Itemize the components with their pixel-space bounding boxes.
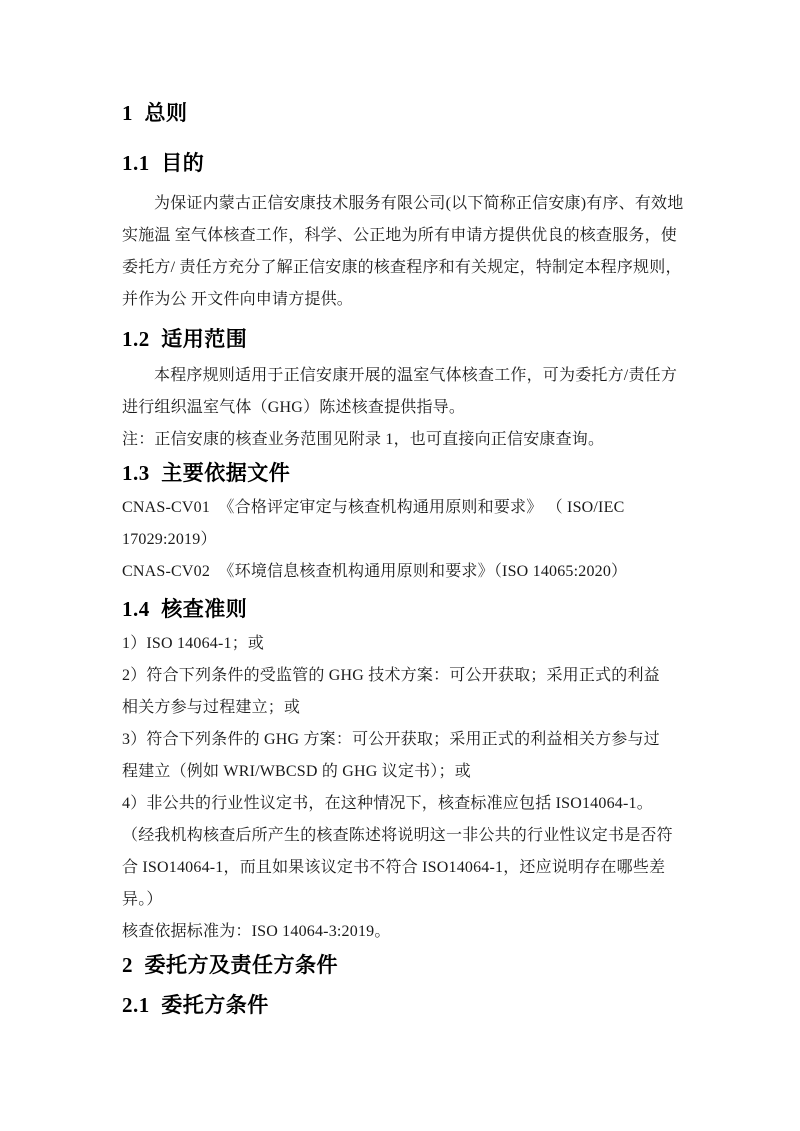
heading-section-2-1: 2.1 委托方条件 bbox=[122, 992, 692, 1018]
list-item-line: 程建立（例如 WRI/WBCSD 的 GHG 议定书）；或 bbox=[122, 756, 692, 788]
heading-section-1-3: 1.3 主要依据文件 bbox=[122, 460, 692, 486]
list-item-line: （经我机构核查后所产生的核查陈述将说明这一非公共的行业性议定书是否符 bbox=[122, 820, 692, 852]
note-line: 注：正信安康的核查业务范围见附录 1，也可直接向正信安康查询。 bbox=[122, 424, 692, 456]
text-line: 17029:2019） bbox=[122, 524, 692, 556]
text-line: 实施温 室气体核查工作，科学、公正地为所有申请方提供优良的核查服务，使 bbox=[122, 220, 692, 252]
document-page: 1 总则 1.1 目的 为保证内蒙古正信安康技术服务有限公司(以下简称正信安康)… bbox=[0, 0, 800, 1131]
paragraph-scope: 本程序规则适用于正信安康开展的温室气体核查工作，可为委托方/责任方 进行组织温室… bbox=[122, 360, 692, 456]
text-line: 进行组织温室气体（GHG）陈述核查提供指导。 bbox=[122, 392, 692, 424]
text-line: 本程序规则适用于正信安康开展的温室气体核查工作，可为委托方/责任方 bbox=[122, 360, 692, 392]
list-item-line: 1）ISO 14064-1；或 bbox=[122, 628, 692, 660]
heading-section-2: 2 委托方及责任方条件 bbox=[122, 952, 692, 978]
paragraph-reference-documents: CNAS-CV01 《合格评定审定与核查机构通用原则和要求》 （ ISO/IEC… bbox=[122, 492, 692, 588]
paragraph-purpose: 为保证内蒙古正信安康技术服务有限公司(以下简称正信安康)有序、有效地 实施温 室… bbox=[122, 188, 692, 316]
text-line: 委托方/ 责任方充分了解正信安康的核查程序和有关规定，特制定本程序规则， bbox=[122, 252, 692, 284]
heading-section-1-1: 1.1 目的 bbox=[122, 150, 692, 176]
heading-section-1-4: 1.4 核查准则 bbox=[122, 596, 692, 622]
heading-section-1: 1 总则 bbox=[122, 100, 692, 126]
heading-section-1-2: 1.2 适用范围 bbox=[122, 326, 692, 352]
list-item-line: 相关方参与过程建立；或 bbox=[122, 692, 692, 724]
paragraph-verification-criteria: 1）ISO 14064-1；或 2）符合下列条件的受监管的 GHG 技术方案：可… bbox=[122, 628, 692, 948]
list-item-line: 异。） bbox=[122, 884, 692, 916]
list-item-line: 2）符合下列条件的受监管的 GHG 技术方案：可公开获取；采用正式的利益 bbox=[122, 660, 692, 692]
text-line: 核查依据标准为：ISO 14064-3:2019。 bbox=[122, 916, 692, 948]
text-line: 并作为公 开文件向申请方提供。 bbox=[122, 284, 692, 316]
list-item-line: 4）非公共的行业性议定书，在这种情况下，核查标准应包括 ISO14064-1。 bbox=[122, 788, 692, 820]
text-line: CNAS-CV01 《合格评定审定与核查机构通用原则和要求》 （ ISO/IEC bbox=[122, 492, 692, 524]
text-line: CNAS-CV02 《环境信息核查机构通用原则和要求》（ISO 14065:20… bbox=[122, 556, 692, 588]
list-item-line: 合 ISO14064-1，而且如果该议定书不符合 ISO14064-1，还应说明… bbox=[122, 852, 692, 884]
list-item-line: 3）符合下列条件的 GHG 方案：可公开获取；采用正式的利益相关方参与过 bbox=[122, 724, 692, 756]
text-line: 为保证内蒙古正信安康技术服务有限公司(以下简称正信安康)有序、有效地 bbox=[122, 188, 692, 220]
